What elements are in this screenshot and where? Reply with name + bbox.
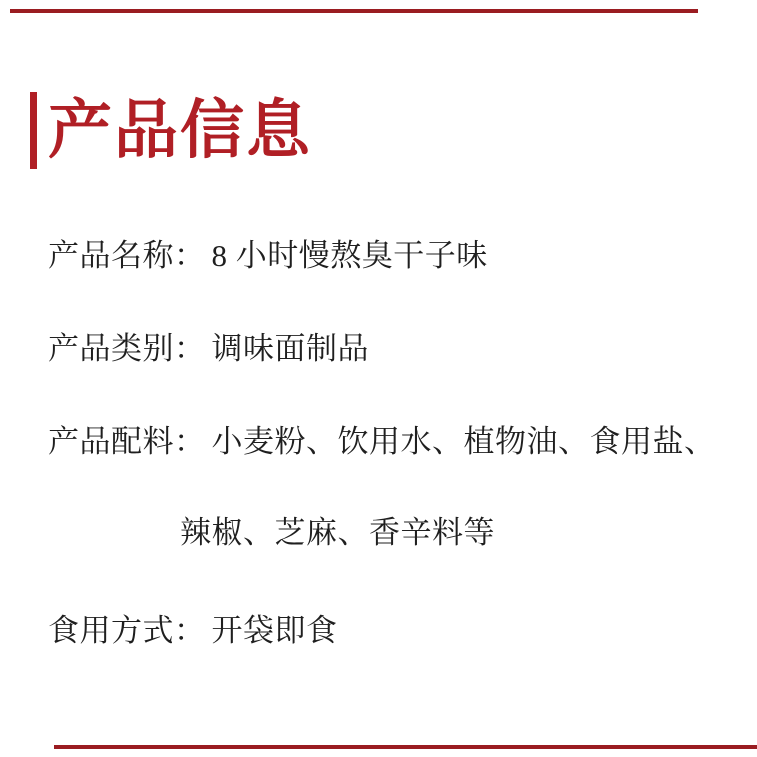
bottom-divider-line	[54, 745, 757, 749]
header-accent-bar	[30, 92, 37, 169]
spec-label-usage: 食用方式：	[48, 613, 206, 648]
spec-row-category: 产品类别：调味面制品	[48, 329, 369, 369]
spec-value-product-name: 8 小时慢熬臭干子味	[212, 238, 488, 273]
spec-label-category: 产品类别：	[48, 331, 206, 366]
spec-value-ingredients: 小麦粉、饮用水、植物油、食用盐、	[212, 424, 716, 459]
product-info-panel: 产品信息 产品名称：8 小时慢熬臭干子味 产品类别：调味面制品 产品配料：小麦粉…	[0, 0, 757, 757]
spec-row-product-name: 产品名称：8 小时慢熬臭干子味	[48, 236, 488, 276]
spec-row-ingredients: 产品配料：小麦粉、饮用水、植物油、食用盐、	[48, 422, 716, 462]
spec-label-product-name: 产品名称：	[48, 238, 206, 273]
top-divider-line	[10, 9, 698, 13]
section-title: 产品信息	[48, 92, 312, 169]
spec-row-ingredients-continued: 辣椒、芝麻、香辛料等	[174, 513, 495, 553]
spec-row-usage: 食用方式：开袋即食	[48, 611, 338, 651]
spec-value-category: 调味面制品	[212, 331, 370, 366]
spec-value-ingredients-continued: 辣椒、芝麻、香辛料等	[180, 515, 495, 550]
spec-label-ingredients: 产品配料：	[48, 424, 206, 459]
section-header: 产品信息	[30, 92, 312, 169]
spec-value-usage: 开袋即食	[212, 613, 338, 648]
